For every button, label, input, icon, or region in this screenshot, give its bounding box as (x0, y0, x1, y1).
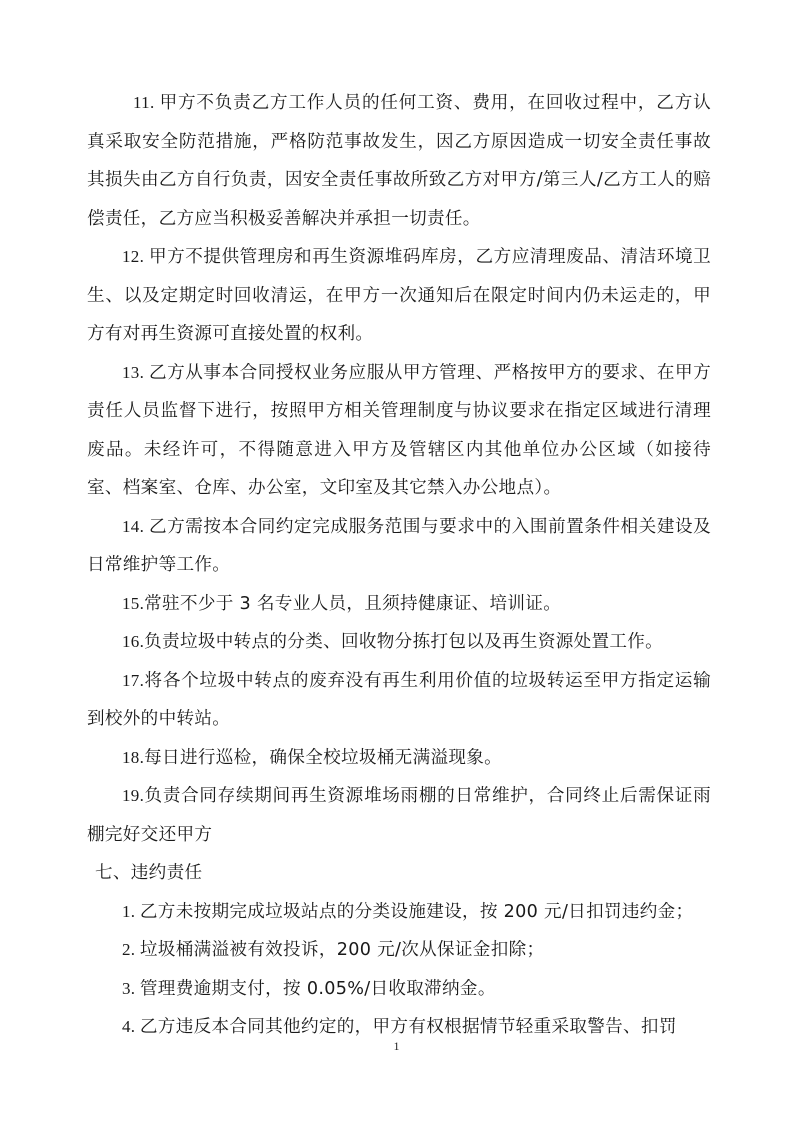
clause-text: 甲方不负责乙方工作人员的任何工资、费用，在回收过程中，乙方认真采取安全防范措施，… (87, 93, 711, 229)
page-number: 1 (0, 1039, 793, 1054)
penalty-item-1: 1. 乙方未按期完成垃圾站点的分类设施建设，按 200 元/日扣罚违约金； (87, 893, 711, 932)
section-heading-breach-liability: 七、违约责任 (87, 854, 711, 893)
penalty-item-3: 3. 管理费逾期支付，按 0.05%/日收取滞纳金。 (87, 970, 711, 1009)
penalty-number: 1. (122, 902, 140, 921)
clause-13: 13. 乙方从事本合同授权业务应服从甲方管理、严格按甲方的要求、在甲方责任人员监… (87, 354, 711, 508)
clause-number: 13. (122, 363, 149, 382)
document-body: 11. 甲方不负责乙方工作人员的任何工资、费用，在回收过程中，乙方认真采取安全防… (87, 84, 711, 1047)
clause-text: 将各个垃圾中转点的废弃没有再生利用价值的垃圾转运至甲方指定运输到校外的中转站。 (87, 671, 711, 730)
clause-number: 11. (133, 93, 160, 112)
clause-number: 16. (122, 632, 144, 651)
clause-18: 18.每日进行巡检，确保全校垃圾桶无满溢现象。 (87, 739, 711, 778)
clause-11: 11. 甲方不负责乙方工作人员的任何工资、费用，在回收过程中，乙方认真采取安全防… (87, 84, 711, 238)
penalty-text: 乙方未按期完成垃圾站点的分类设施建设，按 200 元/日扣罚违约金； (140, 902, 694, 922)
penalty-number: 3. (122, 979, 140, 998)
penalty-text: 乙方违反本合同其他约定的，甲方有权根据情节轻重采取警告、扣罚 (140, 1017, 677, 1037)
clause-text: 每日进行巡检，确保全校垃圾桶无满溢现象。 (144, 748, 502, 768)
clause-number: 19. (122, 786, 144, 805)
clause-number: 17. (122, 671, 144, 690)
clause-12: 12. 甲方不提供管理房和再生资源堆码库房，乙方应清理废品、清洁环境卫生、以及定… (87, 238, 711, 354)
clause-text: 负责合同存续期间再生资源堆场雨棚的日常维护，合同终止后需保证雨棚完好交还甲方 (87, 786, 711, 845)
clause-14: 14. 乙方需按本合同约定完成服务范围与要求中的入围前置条件相关建设及日常维护等… (87, 508, 711, 585)
clause-text: 负责垃圾中转点的分类、回收物分拣打包以及再生资源处置工作。 (144, 632, 663, 652)
clause-19: 19.负责合同存续期间再生资源堆场雨棚的日常维护，合同终止后需保证雨棚完好交还甲… (87, 777, 711, 854)
penalty-item-2: 2. 垃圾桶满溢被有效投诉，200 元/次从保证金扣除； (87, 931, 711, 970)
clause-number: 15. (122, 594, 144, 613)
clause-number: 14. (122, 517, 149, 536)
penalty-number: 4. (122, 1017, 140, 1036)
clause-text: 甲方不提供管理房和再生资源堆码库房，乙方应清理废品、清洁环境卫生、以及定期定时回… (87, 247, 711, 344)
document-page: 11. 甲方不负责乙方工作人员的任何工资、费用，在回收过程中，乙方认真采取安全防… (0, 0, 793, 1122)
clause-text: 乙方从事本合同授权业务应服从甲方管理、严格按甲方的要求、在甲方责任人员监督下进行… (87, 363, 711, 499)
penalty-text: 垃圾桶满溢被有效投诉，200 元/次从保证金扣除； (140, 940, 544, 960)
clause-number: 18. (122, 748, 144, 767)
clause-number: 12. (122, 247, 149, 266)
clause-text: 常驻不少于 3 名专业人员，且须持健康证、培训证。 (144, 594, 561, 614)
penalty-text: 管理费逾期支付，按 0.05%/日收取滞纳金。 (140, 979, 496, 999)
clause-text: 乙方需按本合同约定完成服务范围与要求中的入围前置条件相关建设及日常维护等工作。 (87, 517, 711, 576)
penalty-number: 2. (122, 940, 140, 959)
clause-15: 15.常驻不少于 3 名专业人员，且须持健康证、培训证。 (87, 585, 711, 624)
clause-17: 17.将各个垃圾中转点的废弃没有再生利用价值的垃圾转运至甲方指定运输到校外的中转… (87, 662, 711, 739)
clause-16: 16.负责垃圾中转点的分类、回收物分拣打包以及再生资源处置工作。 (87, 623, 711, 662)
